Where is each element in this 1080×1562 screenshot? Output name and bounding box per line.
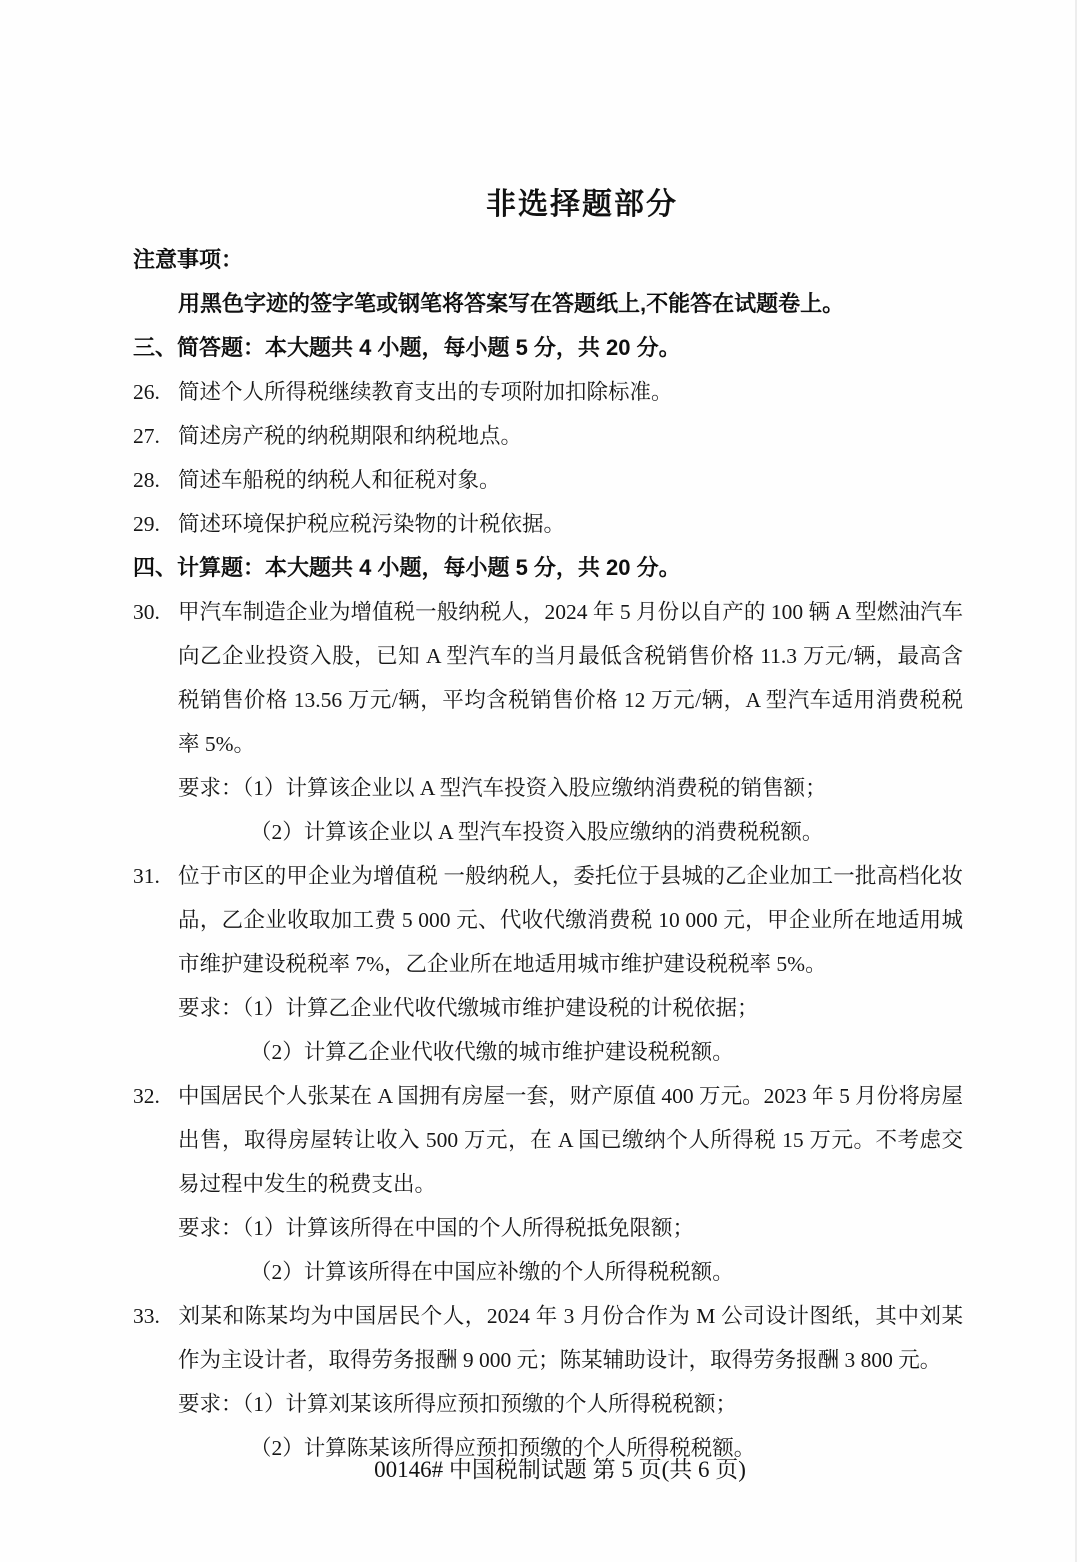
question-30-req-label: 要求： xyxy=(178,776,243,800)
question-33-requirement-1: 要求：（1）计算刘某该所得应预扣预缴的个人所得税税额； xyxy=(133,1382,963,1426)
question-27-number: 27. xyxy=(133,414,178,458)
question-27: 27.简述房产税的纳税期限和纳税地点。 xyxy=(133,414,963,458)
question-30: 30.甲汽车制造企业为增值税一般纳税人，2024 年 5 月份以自产的 100 … xyxy=(133,590,963,854)
section-4-heading: 四、计算题：本大题共 4 小题，每小题 5 分，共 20 分。 xyxy=(133,546,963,590)
question-33-text: 刘某和陈某均为中国居民个人，2024 年 3 月份合作为 M 公司设计图纸，其中… xyxy=(178,1304,963,1372)
question-27-text: 简述房产税的纳税期限和纳税地点。 xyxy=(178,424,522,448)
question-33-body: 33.刘某和陈某均为中国居民个人，2024 年 3 月份合作为 M 公司设计图纸… xyxy=(133,1294,963,1382)
question-33-number: 33. xyxy=(133,1294,178,1338)
question-29-text: 简述环境保护税应税污染物的计税依据。 xyxy=(178,512,565,536)
question-28: 28.简述车船税的纳税人和征税对象。 xyxy=(133,458,963,502)
question-29-number: 29. xyxy=(133,502,178,546)
question-32-req-label: 要求： xyxy=(178,1216,243,1240)
question-33: 33.刘某和陈某均为中国居民个人，2024 年 3 月份合作为 M 公司设计图纸… xyxy=(133,1294,963,1470)
question-32-number: 32. xyxy=(133,1074,178,1118)
question-32-text: 中国居民个人张某在 A 国拥有房屋一套，财产原值 400 万元。2023 年 5… xyxy=(178,1084,963,1196)
question-30-text: 甲汽车制造企业为增值税一般纳税人，2024 年 5 月份以自产的 100 辆 A… xyxy=(178,600,963,756)
section-3-heading: 三、简答题：本大题共 4 小题，每小题 5 分，共 20 分。 xyxy=(133,326,963,370)
page-content: 注意事项： 用黑色字迹的签字笔或钢笔将答案写在答题纸上,不能答在试题卷上。 三、… xyxy=(133,238,963,1470)
question-30-requirement-2: （2）计算该企业以 A 型汽车投资入股应缴纳的消费税税额。 xyxy=(133,810,963,854)
question-30-number: 30. xyxy=(133,590,178,634)
question-30-requirement-1: 要求：（1）计算该企业以 A 型汽车投资入股应缴纳消费税的销售额； xyxy=(133,766,963,810)
question-33-req-label: 要求： xyxy=(178,1392,243,1416)
question-31-req-label: 要求： xyxy=(178,996,243,1020)
question-32-req1-text: （1）计算该所得在中国的个人所得税抵免限额； xyxy=(243,1216,695,1240)
question-32-requirement-1: 要求：（1）计算该所得在中国的个人所得税抵免限额； xyxy=(133,1206,963,1250)
question-31-number: 31. xyxy=(133,854,178,898)
question-30-body: 30.甲汽车制造企业为增值税一般纳税人，2024 年 5 月份以自产的 100 … xyxy=(133,590,963,766)
question-31-req1-text: （1）计算乙企业代收代缴城市维护建设税的计税依据； xyxy=(243,996,759,1020)
question-26-text: 简述个人所得税继续教育支出的专项附加扣除标准。 xyxy=(178,380,673,404)
exam-page: 非选择题部分 注意事项： 用黑色字迹的签字笔或钢笔将答案写在答题纸上,不能答在试… xyxy=(0,0,1080,1562)
page-title: 非选择题部分 xyxy=(42,179,1080,223)
question-28-text: 简述车船税的纳税人和征税对象。 xyxy=(178,468,501,492)
question-32-requirement-2: （2）计算该所得在中国应补缴的个人所得税税额。 xyxy=(133,1250,963,1294)
notice-heading: 注意事项： xyxy=(133,238,963,282)
question-31-text: 位于市区的甲企业为增值税 一般纳税人，委托位于县城的乙企业加工一批高档化妆品，乙… xyxy=(178,864,963,976)
scan-edge-shadow xyxy=(1075,0,1077,1562)
question-31-requirement-2: （2）计算乙企业代收代缴的城市维护建设税税额。 xyxy=(133,1030,963,1074)
question-31-requirement-1: 要求：（1）计算乙企业代收代缴城市维护建设税的计税依据； xyxy=(133,986,963,1030)
question-31: 31.位于市区的甲企业为增值税 一般纳税人，委托位于县城的乙企业加工一批高档化妆… xyxy=(133,854,963,1074)
question-30-req1-text: （1）计算该企业以 A 型汽车投资入股应缴纳消费税的销售额； xyxy=(243,776,827,800)
question-26-number: 26. xyxy=(133,370,178,414)
question-26: 26.简述个人所得税继续教育支出的专项附加扣除标准。 xyxy=(133,370,963,414)
question-32-body: 32.中国居民个人张某在 A 国拥有房屋一套，财产原值 400 万元。2023 … xyxy=(133,1074,963,1206)
page-footer: 00146# 中国税制试题 第 5 页(共 6 页) xyxy=(20,1455,1080,1485)
question-29: 29.简述环境保护税应税污染物的计税依据。 xyxy=(133,502,963,546)
question-28-number: 28. xyxy=(133,458,178,502)
question-33-req1-text: （1）计算刘某该所得应预扣预缴的个人所得税税额； xyxy=(243,1392,738,1416)
notice-text: 用黑色字迹的签字笔或钢笔将答案写在答题纸上,不能答在试题卷上。 xyxy=(133,282,963,326)
question-32: 32.中国居民个人张某在 A 国拥有房屋一套，财产原值 400 万元。2023 … xyxy=(133,1074,963,1294)
question-31-body: 31.位于市区的甲企业为增值税 一般纳税人，委托位于县城的乙企业加工一批高档化妆… xyxy=(133,854,963,986)
